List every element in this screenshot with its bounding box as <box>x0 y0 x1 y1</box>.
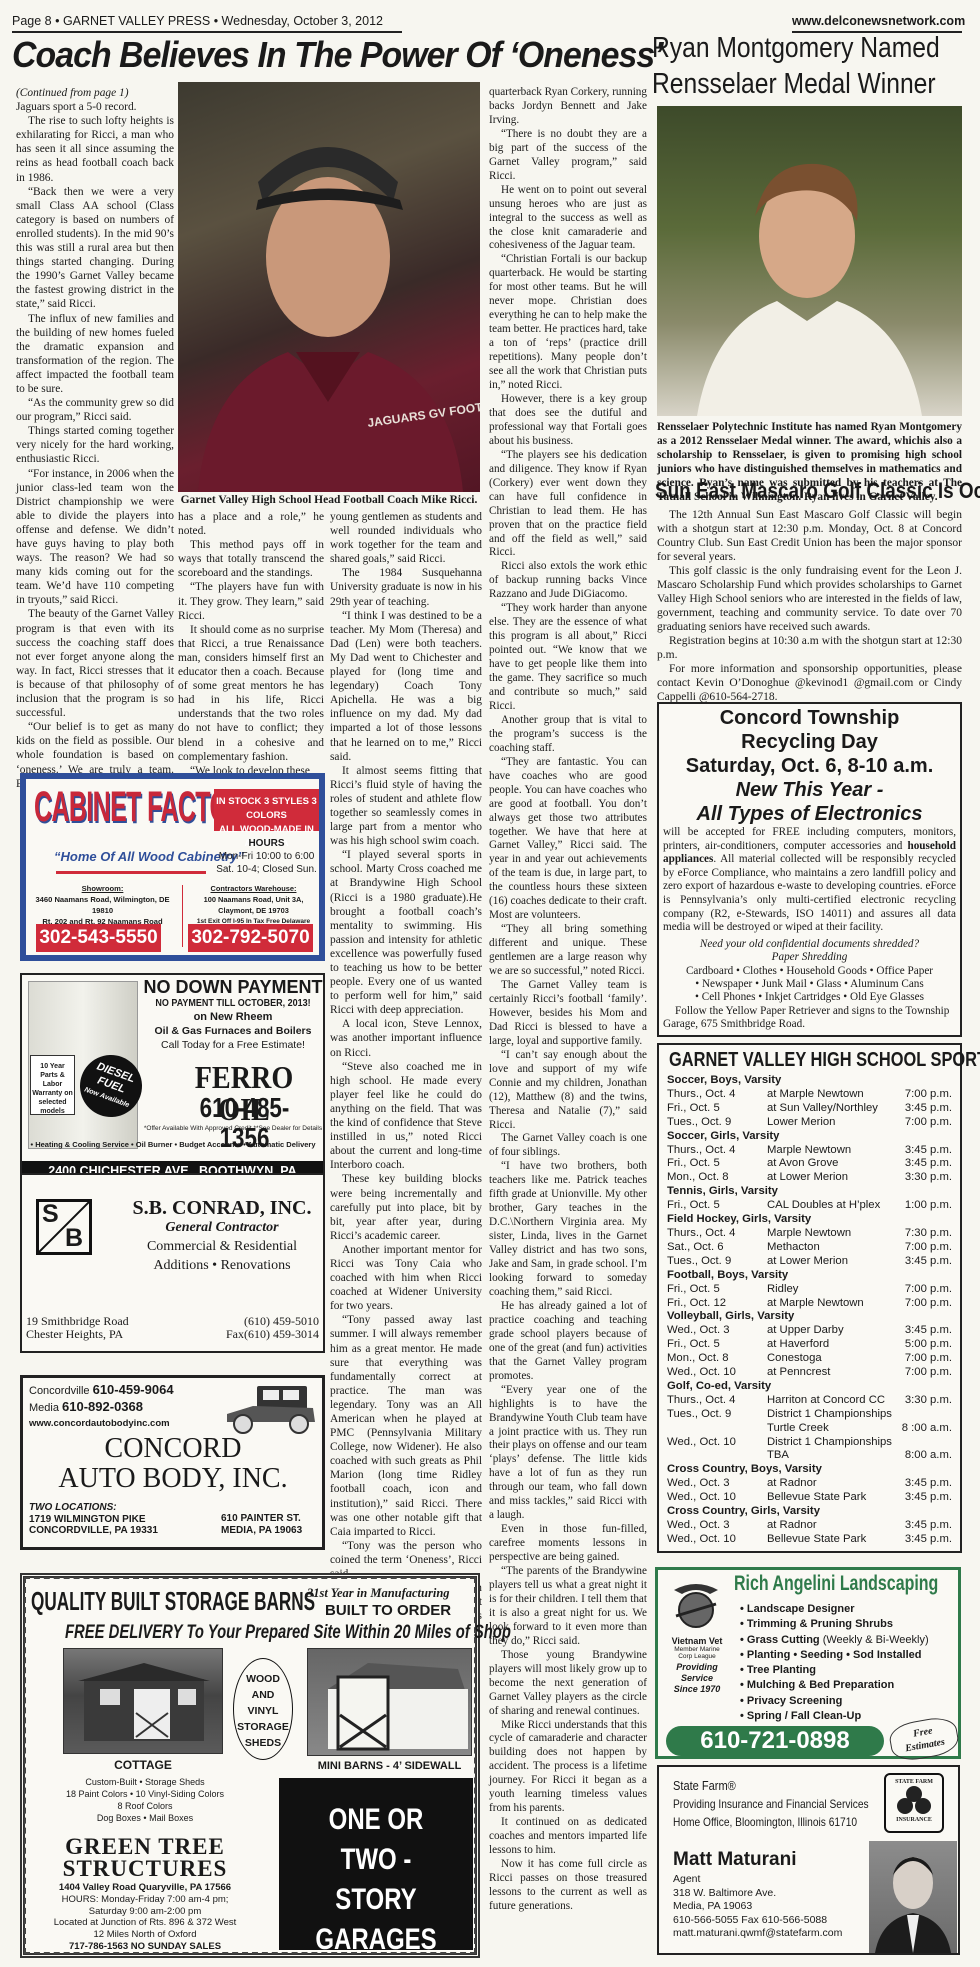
sports-opponent: at Marple Newtown <box>767 1297 899 1311</box>
table-row: Wed., Oct. 10District 1 Championships <box>667 1436 952 1450</box>
divider <box>56 871 206 874</box>
conrad-info: S.B. CONRAD, INC. General Contractor Com… <box>122 1197 322 1275</box>
table-row: Mon., Oct. 8Conestoga7:00 p.m. <box>667 1352 952 1366</box>
landscaping-title: Rich Angelini Landscaping <box>734 1572 938 1596</box>
sports-schedule: GARNET VALLEY HIGH SCHOOL SPORTS Soccer,… <box>657 1043 962 1553</box>
divider <box>182 885 183 947</box>
sports-opponent: at Marple Newtown <box>767 1088 899 1102</box>
table-row: Tues., Oct. 9Lower Merion7:00 p.m. <box>667 1116 952 1130</box>
auto-name: CONCORD AUTO BODY, INC. <box>23 1434 323 1494</box>
table-row: Tues., Oct. 9District 1 Championships <box>667 1408 952 1422</box>
sports-opponent: at Sun Valley/Northley <box>767 1102 899 1116</box>
sports-table: Soccer, Boys, VarsityThurs., Oct. 4at Ma… <box>667 1074 952 1547</box>
sports-time: 3:45 p.m. <box>899 1324 952 1338</box>
recycling-date: Saturday, Oct. 6, 8-10 a.m. <box>659 754 960 778</box>
mini-barn-image <box>307 1648 472 1756</box>
sports-time: 1:00 p.m. <box>899 1199 952 1213</box>
sports-category: Cross Country, Boys, Varsity <box>667 1463 952 1477</box>
sports-time: 3:45 p.m. <box>899 1102 952 1116</box>
sports-time: 3:45 p.m. <box>899 1533 952 1547</box>
ferro-oil-ad: 10 Year Parts & Labor Warranty on select… <box>20 973 325 1183</box>
sports-time: 8:00 a.m. <box>899 1449 952 1463</box>
barns-year: 31st Year in Manufacturing <box>307 1586 450 1601</box>
recycling-electronics: All Types of Electronics <box>659 802 960 826</box>
golf-headline: Sun East Mascaro Golf Classic Is Oct. 8 <box>655 478 980 504</box>
table-row: TBA8:00 a.m. <box>667 1449 952 1463</box>
sports-time: 8 :00 a.m. <box>899 1422 952 1436</box>
sports-date: Fri., Oct. 5 <box>667 1283 767 1297</box>
table-row: Wed., Oct. 3at Upper Darby3:45 p.m. <box>667 1324 952 1338</box>
table-row: Fri., Oct. 5at Sun Valley/Northley3:45 p… <box>667 1102 952 1116</box>
sports-opponent: CAL Doubles at H’plex <box>767 1199 899 1213</box>
green-tree-info: 1404 Valley Road Quaryville, PA 17566 HO… <box>35 1882 255 1953</box>
sports-opponent: TBA <box>767 1449 899 1463</box>
table-row: Tues., Oct. 9at Lower Merion3:45 p.m. <box>667 1255 952 1269</box>
landscaping-services: • Landscape Designer • Trimming & Prunin… <box>740 1602 929 1724</box>
marine-emblem-icon <box>666 1576 726 1632</box>
auto-location-1: TWO LOCATIONS: 1719 WILMINGTON PIKE CONC… <box>29 1502 158 1537</box>
sports-category: Field Hockey, Girls, Varsity <box>667 1213 952 1227</box>
story-column-3: young gentlemen as students and well rou… <box>330 510 482 1638</box>
montgomery-headline: Ryan Montgomery Named Rensselaer Medal W… <box>652 30 933 102</box>
sports-time: 7:00 p.m. <box>899 1116 952 1130</box>
agent-details: Agent 318 W. Baltimore Ave. Media, PA 19… <box>673 1873 842 1941</box>
cabinet-promo: IN STOCK 3 STYLES 3 COLORS ALL WOOD-MADE… <box>214 789 319 831</box>
sports-opponent: Methacton <box>767 1241 899 1255</box>
sports-opponent: Harriton at Concord CC <box>767 1394 899 1408</box>
recycling-body: will be accepted for FREE including comp… <box>659 826 960 935</box>
cabinet-phone-1[interactable]: 302-543-5550 <box>36 924 161 952</box>
wood-vinyl-oval: WOOD AND VINYL STORAGE SHEDS <box>233 1658 293 1760</box>
recycling-new: New This Year - <box>659 778 960 802</box>
sports-opponent: at Radnor <box>767 1519 899 1533</box>
barns-built: BUILT TO ORDER <box>325 1602 451 1619</box>
table-row: Wed., Oct. 10Bellevue State Park3:45 p.m… <box>667 1491 952 1505</box>
sports-date: Wed., Oct. 10 <box>667 1436 767 1450</box>
cabinet-factory-ad: CABINET FACTORY “Home Of All Wood Cabine… <box>20 773 325 961</box>
sports-category: Soccer, Girls, Varsity <box>667 1130 952 1144</box>
agent-photo <box>869 1841 957 1953</box>
conrad-address: 19 Smithbridge Road Chester Heights, PA <box>26 1315 129 1341</box>
sports-opponent: Bellevue State Park <box>767 1491 899 1505</box>
sports-opponent: at Lower Merion <box>767 1255 899 1269</box>
sports-opponent: Marple Newtown <box>767 1144 899 1158</box>
sports-opponent: District 1 Championships <box>767 1436 899 1450</box>
sports-time: 3:45 p.m. <box>899 1255 952 1269</box>
sports-time: 3:30 p.m. <box>899 1171 952 1185</box>
sports-opponent: Turtle Creek <box>767 1422 899 1436</box>
sports-time: 7:30 p.m. <box>899 1227 952 1241</box>
barns-delivery: FREE DELIVERY To Your Prepared Site With… <box>65 1622 511 1644</box>
sports-date: Mon., Oct. 8 <box>667 1171 767 1185</box>
garages-banner: ONE OR TWO - STORY GARAGES <box>279 1778 473 1950</box>
sports-date: Wed., Oct. 10 <box>667 1491 767 1505</box>
story-column-2: has a place and a role,” he noted. This … <box>178 510 324 778</box>
sports-date: Thurs., Oct. 4 <box>667 1088 767 1102</box>
story-column-1: (Continued from page 1) Jaguars sport a … <box>16 86 174 791</box>
sports-title: GARNET VALLEY HIGH SCHOOL SPORTS <box>669 1049 908 1072</box>
sports-opponent: at Avon Grove <box>767 1157 899 1171</box>
sports-time: 7:00 p.m. <box>899 1352 952 1366</box>
sports-time: 3:45 p.m. <box>899 1519 952 1533</box>
table-row: Wed., Oct. 10at Penncrest7:00 p.m. <box>667 1366 952 1380</box>
table-row: Wed., Oct. 3at Radnor3:45 p.m. <box>667 1519 952 1533</box>
table-row: Sat., Oct. 6Methacton7:00 p.m. <box>667 1241 952 1255</box>
sports-date: Wed., Oct. 10 <box>667 1366 767 1380</box>
sports-date: Wed., Oct. 3 <box>667 1519 767 1533</box>
conrad-phones: (610) 459-5010 Fax(610) 459-3014 <box>226 1315 319 1341</box>
sports-time: 7:00 p.m. <box>899 1297 952 1311</box>
table-row: Thurs., Oct. 4at Marple Newtown7:00 p.m. <box>667 1088 952 1102</box>
table-row: Fri., Oct. 5Ridley7:00 p.m. <box>667 1283 952 1297</box>
sports-category: Soccer, Boys, Varsity <box>667 1074 952 1088</box>
table-row: Turtle Creek8 :00 a.m. <box>667 1422 952 1436</box>
coach-photo-caption: Garnet Valley High School Head Football … <box>178 494 480 506</box>
sports-date: Fri., Oct. 5 <box>667 1338 767 1352</box>
sports-time: 3:45 p.m. <box>899 1477 952 1491</box>
coach-portrait-icon: JAGUARS GV FOOTBALL <box>178 82 480 492</box>
sports-date: Fri., Oct. 12 <box>667 1297 767 1311</box>
sports-time <box>899 1436 952 1450</box>
sports-category: Volleyball, Girls, Varsity <box>667 1310 952 1324</box>
green-tree-structures-ad: QUALITY BUILT STORAGE BARNS 31st Year in… <box>20 1573 480 1958</box>
golf-body: The 12th Annual Sun East Mascaro Golf Cl… <box>657 508 962 704</box>
warranty-badge: 10 Year Parts & Labor Warranty on select… <box>30 1055 75 1115</box>
sports-time: 3:30 p.m. <box>899 1394 952 1408</box>
sports-opponent: District 1 Championships <box>767 1408 899 1422</box>
sports-category: Tennis, Girls, Varsity <box>667 1185 952 1199</box>
landscaping-phone[interactable]: 610-721-0898 <box>666 1726 884 1756</box>
auto-location-2: 610 PAINTER ST. MEDIA, PA 19063 <box>221 1513 302 1536</box>
cabinet-phone-2[interactable]: 302-792-5070 <box>188 924 313 952</box>
cabinet-warehouse: Contractors Warehouse: 100 Naamans Road,… <box>186 883 321 927</box>
table-row: Fri., Oct. 5at Haverford5:00 p.m. <box>667 1338 952 1352</box>
state-farm-info: State Farm® Providing Insurance and Fina… <box>673 1777 869 1831</box>
green-tree-name: GREEN TREE STRUCTURES <box>35 1836 255 1880</box>
barns-options: Custom-Built • Storage Sheds 18 Paint Co… <box>35 1776 255 1824</box>
cottage-label: COTTAGE <box>63 1758 223 1772</box>
agent-portrait-icon <box>869 1841 957 1953</box>
sports-category: Football, Boys, Varsity <box>667 1269 952 1283</box>
sports-date: Mon., Oct. 8 <box>667 1352 767 1366</box>
sports-date: Thurs., Oct. 4 <box>667 1394 767 1408</box>
cabinet-showroom: Showroom: 3460 Naamans Road, Wilmington,… <box>30 883 175 927</box>
table-row: Thurs., Oct. 4Marple Newtown7:30 p.m. <box>667 1227 952 1241</box>
sports-opponent: at Lower Merion <box>767 1171 899 1185</box>
story-column-4: quarterback Ryan Corkery, running backs … <box>489 86 647 1914</box>
state-farm-logo: STATE FARM INSURANCE <box>884 1773 944 1833</box>
sports-time: 3:45 p.m. <box>899 1157 952 1171</box>
sports-date: Wed., Oct. 10 <box>667 1533 767 1547</box>
sports-opponent: Lower Merion <box>767 1116 899 1130</box>
sb-logo-icon: S B <box>36 1199 92 1255</box>
agent-name: Matt Maturani <box>673 1849 797 1871</box>
sports-time: 7:00 p.m. <box>899 1366 952 1380</box>
main-headline: Coach Believes In The Power Of ‘Oneness’ <box>12 34 663 76</box>
montgomery-photo <box>657 106 962 416</box>
barns-title: QUALITY BUILT STORAGE BARNS <box>31 1586 315 1617</box>
table-row: Fri., Oct. 5at Avon Grove3:45 p.m. <box>667 1157 952 1171</box>
table-row: Thurs., Oct. 4Harriton at Concord CC3:30… <box>667 1394 952 1408</box>
sports-opponent: Conestoga <box>767 1352 899 1366</box>
sports-opponent: at Haverford <box>767 1338 899 1352</box>
coach-photo: JAGUARS GV FOOTBALL <box>178 82 480 492</box>
sports-category: Cross Country, Girls, Varsity <box>667 1505 952 1519</box>
concord-auto-body-ad: Concordville 610-459-9064 Media 610-892-… <box>20 1375 325 1550</box>
sports-opponent: at Penncrest <box>767 1366 899 1380</box>
vintage-car-icon <box>223 1384 319 1434</box>
sports-date: Tues., Oct. 9 <box>667 1116 767 1130</box>
sports-date: Tues., Oct. 9 <box>667 1408 767 1422</box>
sports-date: Thurs., Oct. 4 <box>667 1227 767 1241</box>
continued-note: (Continued from page 1) <box>16 86 174 100</box>
sports-date: Fri., Oct. 5 <box>667 1102 767 1116</box>
sports-date: Wed., Oct. 3 <box>667 1324 767 1338</box>
sports-opponent: Marple Newtown <box>767 1227 899 1241</box>
page-folio: Page 8 • GARNET VALLEY PRESS • Wednesday… <box>12 14 402 33</box>
sports-time: 7:00 p.m. <box>899 1241 952 1255</box>
sports-opponent: Bellevue State Park <box>767 1533 899 1547</box>
sports-date <box>667 1422 767 1436</box>
three-ovals-icon <box>894 1785 934 1815</box>
sports-category: Golf, Co-ed, Varsity <box>667 1380 952 1394</box>
table-row: Wed., Oct. 3at Radnor3:45 p.m. <box>667 1477 952 1491</box>
sports-date: Sat., Oct. 6 <box>667 1241 767 1255</box>
cabinet-hours: HOURS Mon-Fri 10:00 to 6:00 Sat. 10-4; C… <box>214 837 319 876</box>
sb-conrad-ad: S B S.B. CONRAD, INC. General Contractor… <box>20 1173 325 1353</box>
sports-time: 5:00 p.m. <box>899 1338 952 1352</box>
recycling-title-2: Recycling Day <box>659 730 960 754</box>
sports-opponent: at Upper Darby <box>767 1324 899 1338</box>
sports-date: Wed., Oct. 3 <box>667 1477 767 1491</box>
ferro-services: • Heating & Cooling Service • Oil Burner… <box>24 1140 322 1149</box>
sports-time: 7:00 p.m. <box>899 1088 952 1102</box>
table-row: Mon., Oct. 8at Lower Merion3:30 p.m. <box>667 1171 952 1185</box>
cottage-shed-image <box>63 1648 223 1754</box>
recycling-title-1: Concord Township <box>659 706 960 730</box>
table-row: Wed., Oct. 10Bellevue State Park3:45 p.m… <box>667 1533 952 1547</box>
sports-time: 3:45 p.m. <box>899 1144 952 1158</box>
sports-time: 7:00 p.m. <box>899 1283 952 1297</box>
table-row: Fri., Oct. 12at Marple Newtown7:00 p.m. <box>667 1297 952 1311</box>
sports-opponent: Ridley <box>767 1283 899 1297</box>
ferro-fine-print: *Offer Available With Approved Credit **… <box>142 1125 324 1132</box>
state-farm-ad: State Farm® Providing Insurance and Fina… <box>657 1765 960 1955</box>
sports-date: Fri., Oct. 5 <box>667 1157 767 1171</box>
ferro-offer: NO DOWN PAYMENT NO PAYMENT TILL OCTOBER,… <box>142 977 324 1052</box>
sports-date: Thurs., Oct. 4 <box>667 1144 767 1158</box>
sports-date <box>667 1449 767 1463</box>
table-row: Fri., Oct. 5CAL Doubles at H’plex1:00 p.… <box>667 1199 952 1213</box>
recycling-notice: Concord Township Recycling Day Saturday,… <box>657 702 962 1037</box>
sports-time: 3:45 p.m. <box>899 1491 952 1505</box>
table-row: Thurs., Oct. 4Marple Newtown3:45 p.m. <box>667 1144 952 1158</box>
student-portrait-icon <box>657 106 962 416</box>
auto-contacts: Concordville 610-459-9064 Media 610-892-… <box>29 1382 174 1431</box>
rich-angelini-landscaping-ad: Vietnam Vet Member Marine Corp League Pr… <box>655 1567 961 1759</box>
sports-opponent: at Radnor <box>767 1477 899 1491</box>
mini-barns-label: MINI BARNS - 4’ SIDEWALL <box>307 1760 472 1772</box>
sports-time <box>899 1408 952 1422</box>
sports-date: Tues., Oct. 9 <box>667 1255 767 1269</box>
sports-date: Fri., Oct. 5 <box>667 1199 767 1213</box>
vet-info: Vietnam Vet Member Marine Corp League Pr… <box>662 1636 732 1695</box>
